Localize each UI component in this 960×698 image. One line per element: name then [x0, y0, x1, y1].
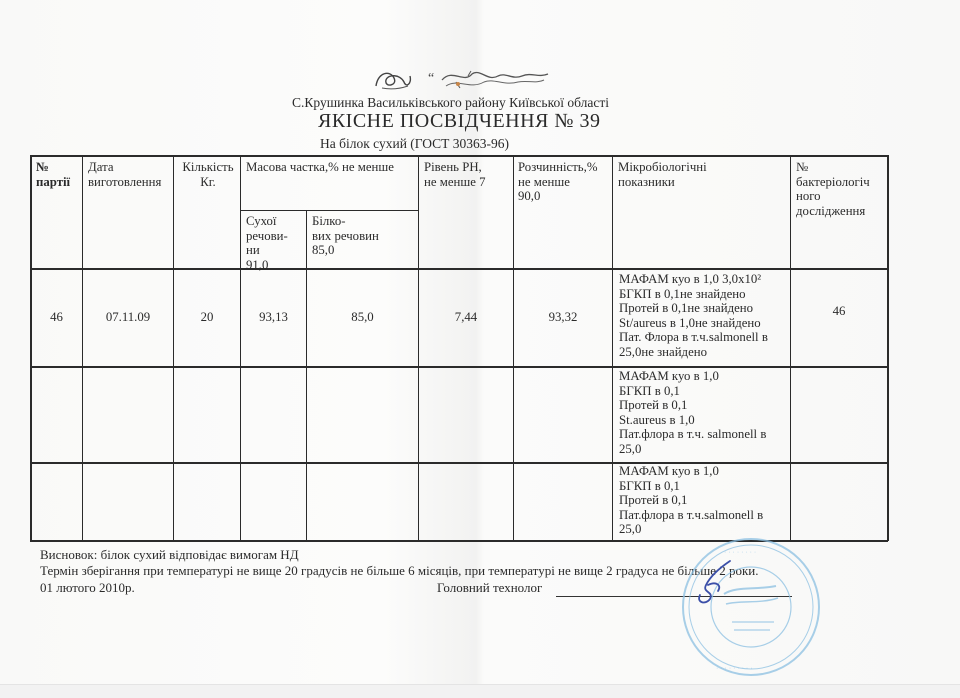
decorative-ornament-icon: “ [372, 66, 552, 92]
signature-icon [688, 555, 738, 615]
document-title: ЯКІСНЕ ПОСВІДЧЕННЯ № 39 [318, 110, 600, 133]
issue-date: 01 лютого 2010р. [40, 580, 135, 596]
signatory-label: Головний технолог [437, 580, 542, 596]
conclusion-text: Висновок: білок сухий відповідає вимогам… [40, 547, 299, 563]
svg-text:· · · · · · · · ·: · · · · · · · · · [716, 665, 753, 672]
scan-edge [0, 684, 960, 698]
document-subtitle: На білок сухий (ГОСТ 30363-96) [320, 136, 509, 152]
organization-location: С.Крушинка Васильківського району Київсь… [292, 95, 609, 111]
svg-text:“: “ [428, 71, 434, 86]
storage-terms-text: Термін зберігання при температурі не вищ… [40, 563, 759, 579]
